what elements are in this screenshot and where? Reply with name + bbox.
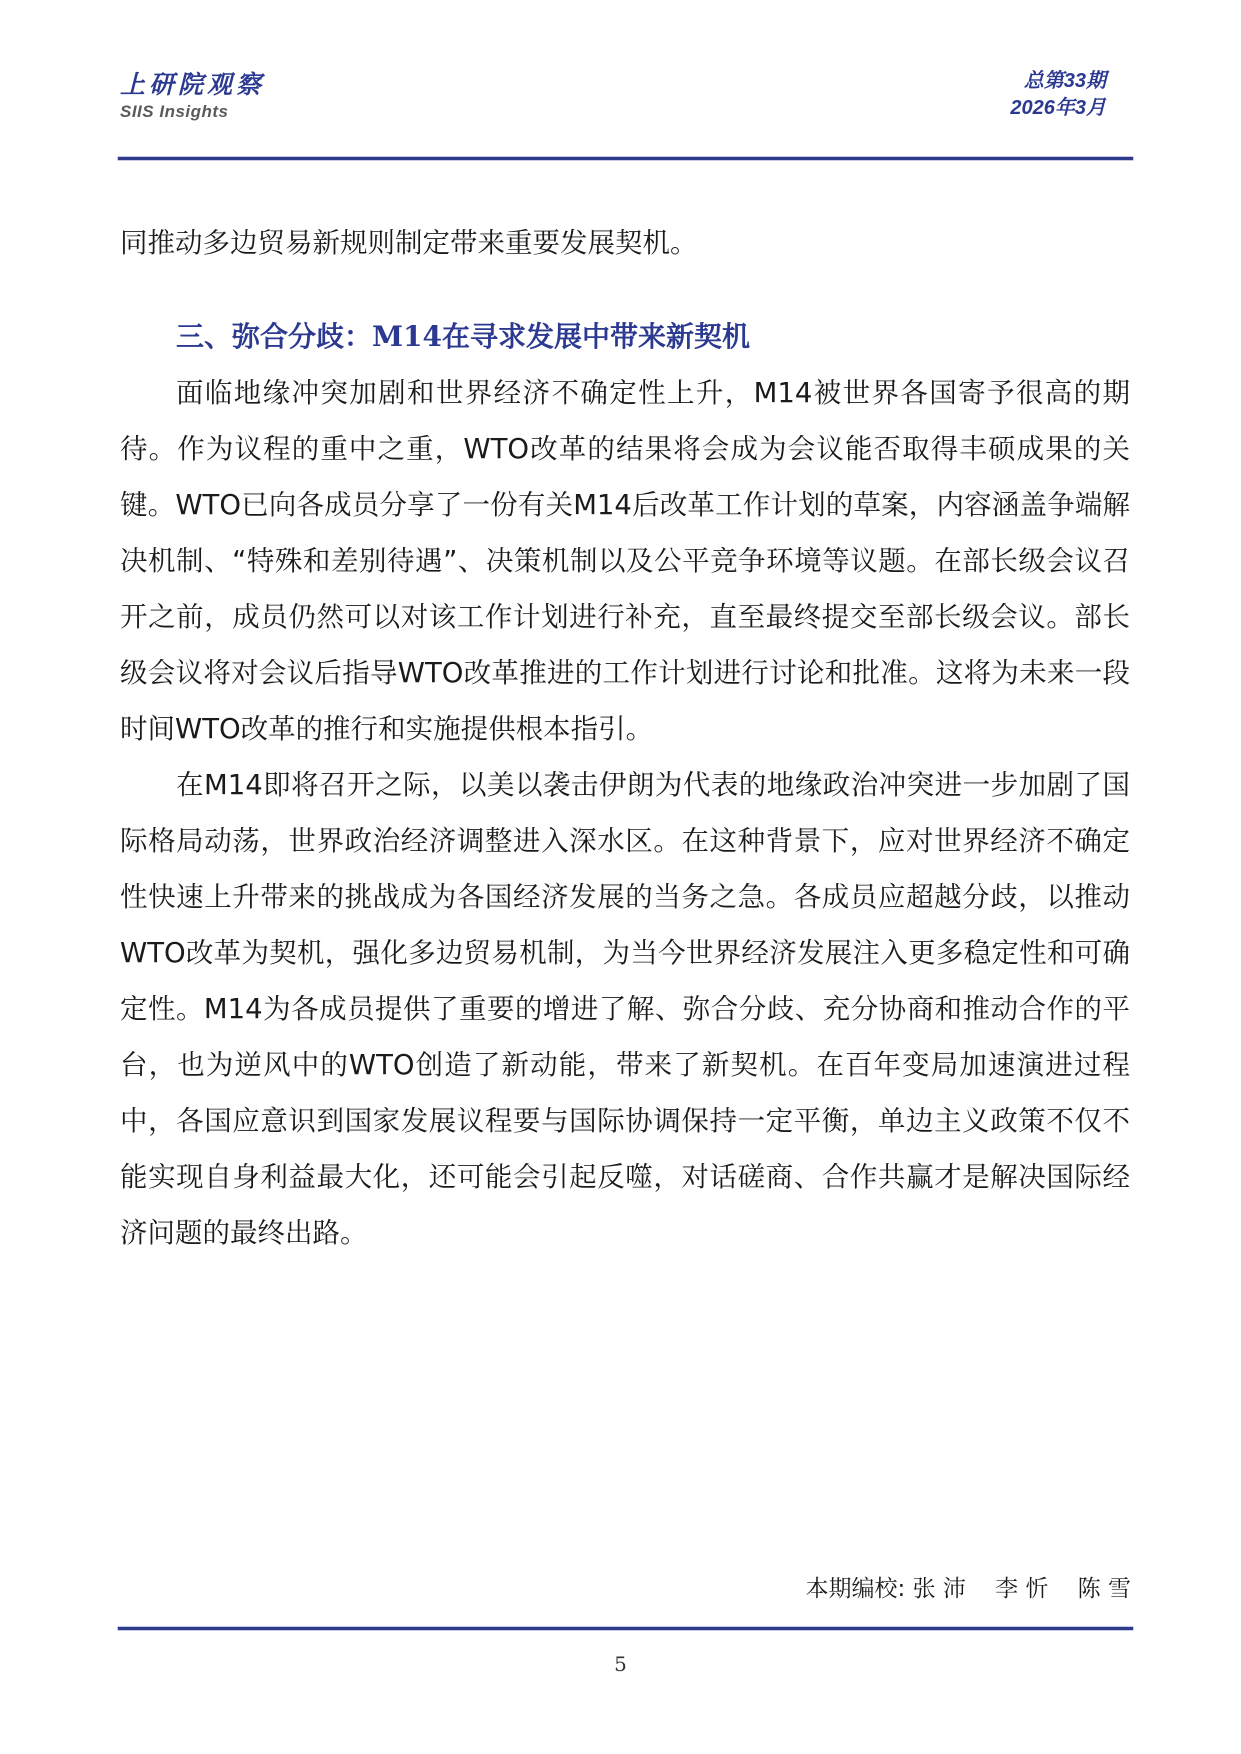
page-number: 5 [0,1652,1241,1676]
editors-credit: 本期编校: 张 沛 李 忻 陈 雪 [806,1570,1131,1603]
footer-divider [118,1627,1133,1630]
body-paragraph-1: 面临地缘冲突加剧和世界经济不确定性上升，M14被世界各国寄予很高的期待。作为议程… [120,365,1130,757]
continuation-paragraph: 同推动多边贸易新规则制定带来重要发展契机。 [120,215,1130,271]
issue-number: 总第33期 [1010,68,1106,95]
issue-date: 2026年3月 [1010,95,1106,122]
publication-brand: 上研院观察 SIIS Insights [120,70,265,122]
brand-title-en: SIIS Insights [120,102,265,122]
issue-info: 总第33期 2026年3月 [1010,68,1106,122]
document-page: 上研院观察 SIIS Insights 总第33期 2026年3月 同推动多边贸… [0,0,1241,1754]
article-body: 同推动多边贸易新规则制定带来重要发展契机。 三、弥合分歧：M14在寻求发展中带来… [120,215,1130,1261]
header-divider [118,157,1133,160]
brand-title-cn: 上研院观察 [120,70,265,100]
body-paragraph-2: 在M14即将召开之际，以美以袭击伊朗为代表的地缘政治冲突进一步加剧了国际格局动荡… [120,757,1130,1261]
section-heading: 三、弥合分歧：M14在寻求发展中带来新契机 [120,309,1130,365]
